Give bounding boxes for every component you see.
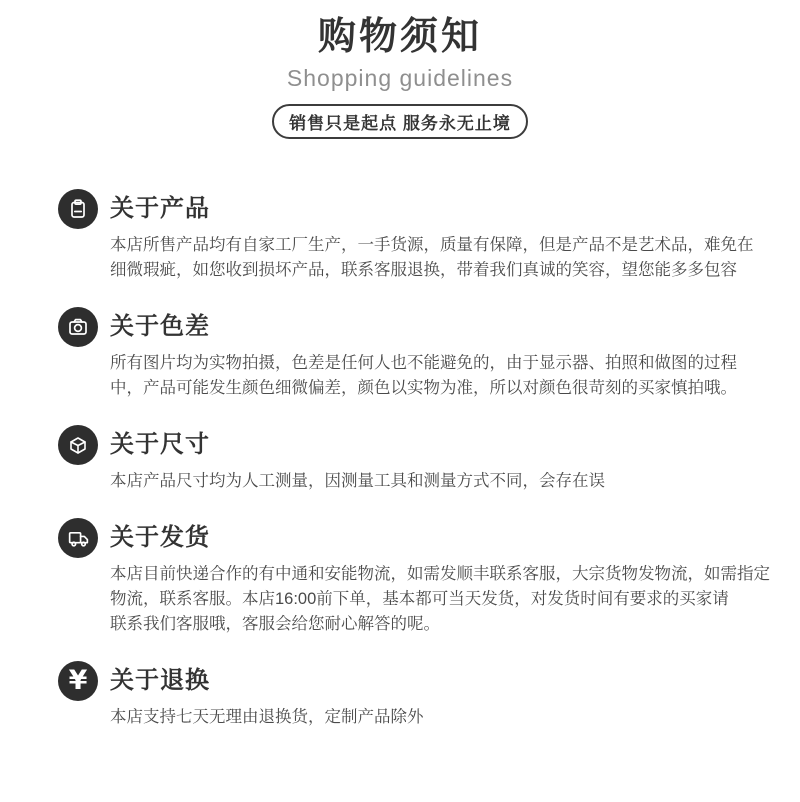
slogan-pill: 销售只是起点 服务永无止境	[272, 104, 528, 139]
section-title: 关于发货	[110, 518, 770, 558]
section-body-line: 细微瑕疵，如您收到损坏产品，联系客服退换，带着我们真诚的笑容，望您能多多包容	[110, 258, 758, 283]
section-content: 关于产品 本店所售产品均有自家工厂生产，一手货源，质量有保障，但是产品不是艺术品…	[110, 189, 758, 283]
section-body-line: 本店所售产品均有自家工厂生产，一手货源，质量有保障，但是产品不是艺术品，难免在	[110, 233, 758, 258]
section-body-line: 本店支持七天无理由退换货，定制产品除外	[110, 705, 758, 730]
section-content: 关于退换 本店支持七天无理由退换货，定制产品除外	[110, 661, 758, 730]
page-subtitle: Shopping guidelines	[0, 64, 800, 92]
section-body-line: 联系我们客服哦，客服会给您耐心解答的呢。	[110, 612, 770, 637]
section-body-line: 中，产品可能发生颜色细微偏差，颜色以实物为准，所以对颜色很苛刻的买家慎拍哦。	[110, 376, 758, 401]
section-body: 本店所售产品均有自家工厂生产，一手货源，质量有保障，但是产品不是艺术品，难免在 …	[110, 233, 758, 283]
section-about-shipping: 关于发货 本店目前快递合作的有中通和安能物流，如需发顺丰联系客服，大宗货物发物流…	[58, 518, 758, 637]
section-about-size: 关于尺寸 本店产品尺寸均为人工测量，因测量工具和测量方式不同，会存在误	[58, 425, 758, 494]
section-content: 关于尺寸 本店产品尺寸均为人工测量，因测量工具和测量方式不同，会存在误	[110, 425, 758, 494]
section-title: 关于尺寸	[110, 425, 758, 465]
page-header: 购物须知 Shopping guidelines 销售只是起点 服务永无止境	[0, 0, 800, 139]
section-body-line: 本店目前快递合作的有中通和安能物流，如需发顺丰联系客服，大宗货物发物流，如需指定	[110, 562, 770, 587]
section-body: 所有图片均为实物拍摄，色差是任何人也不能避免的，由于显示器、拍照和做图的过程 中…	[110, 351, 758, 401]
page-title: 购物须知	[0, 14, 800, 60]
cube-icon	[58, 425, 98, 465]
section-title: 关于色差	[110, 307, 758, 347]
section-content: 关于发货 本店目前快递合作的有中通和安能物流，如需发顺丰联系客服，大宗货物发物流…	[110, 518, 770, 637]
truck-icon	[58, 518, 98, 558]
section-about-product: 关于产品 本店所售产品均有自家工厂生产，一手货源，质量有保障，但是产品不是艺术品…	[58, 189, 758, 283]
camera-icon	[58, 307, 98, 347]
section-body: 本店产品尺寸均为人工测量，因测量工具和测量方式不同，会存在误	[110, 469, 758, 494]
shopping-guidelines-page: 购物须知 Shopping guidelines 销售只是起点 服务永无止境 关…	[0, 0, 800, 802]
section-title: 关于退换	[110, 661, 758, 701]
section-body: 本店目前快递合作的有中通和安能物流，如需发顺丰联系客服，大宗货物发物流，如需指定…	[110, 562, 770, 637]
section-content: 关于色差 所有图片均为实物拍摄，色差是任何人也不能避免的，由于显示器、拍照和做图…	[110, 307, 758, 401]
yen-icon: ¥	[58, 661, 98, 701]
sections-list: 关于产品 本店所售产品均有自家工厂生产，一手货源，质量有保障，但是产品不是艺术品…	[58, 189, 758, 730]
section-about-returns: ¥ 关于退换 本店支持七天无理由退换货，定制产品除外	[58, 661, 758, 730]
section-title: 关于产品	[110, 189, 758, 229]
section-body-line: 所有图片均为实物拍摄，色差是任何人也不能避免的，由于显示器、拍照和做图的过程	[110, 351, 758, 376]
clipboard-icon	[58, 189, 98, 229]
section-body: 本店支持七天无理由退换货，定制产品除外	[110, 705, 758, 730]
section-about-color: 关于色差 所有图片均为实物拍摄，色差是任何人也不能避免的，由于显示器、拍照和做图…	[58, 307, 758, 401]
section-body-line: 本店产品尺寸均为人工测量，因测量工具和测量方式不同，会存在误	[110, 469, 758, 494]
section-body-line: 物流，联系客服。本店16:00前下单，基本都可当天发货，对发货时间有要求的买家请	[110, 587, 770, 612]
